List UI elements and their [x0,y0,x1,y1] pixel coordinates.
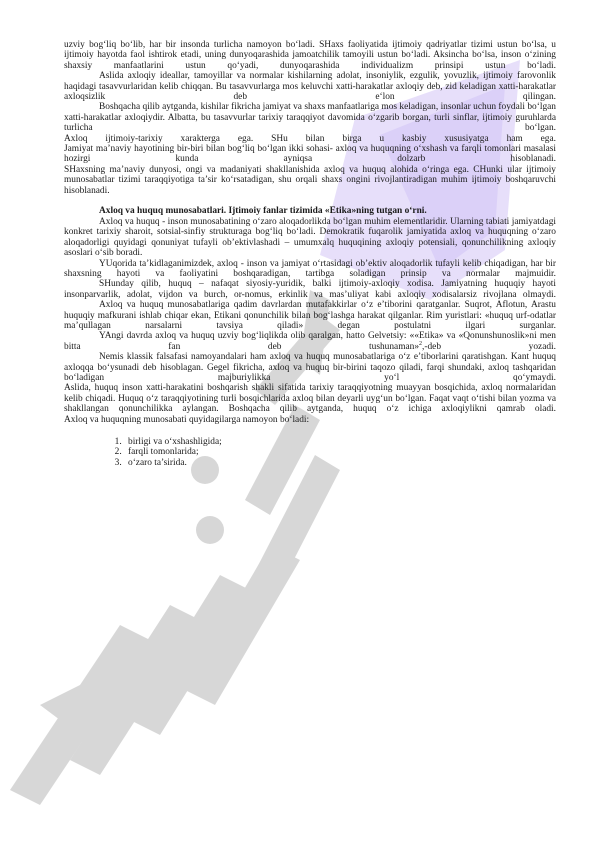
paragraph: Jamiyat ma’naviy hayotining bir-biri bil… [64,144,556,165]
numbered-list: birligi va o‘xshashligida;farqli tomonla… [64,437,556,468]
paragraph: Nemis klassik falsafasi namoyandalari ha… [64,352,556,383]
paragraph: Axloq va huquq munosabatlariga qadim dav… [64,300,556,331]
section-heading: Axloq va huquq munosabatlari. Ijtimoiy f… [64,206,556,216]
list-item: o‘zaro ta’sirida. [124,458,556,468]
paragraph: YUqorida ta’kidlaganimizdek, axloq - ins… [64,259,556,280]
paragraph: uzviy bog‘liq bo‘lib, har bir insonda tu… [64,40,556,71]
paragraph: Axloq va huquq - inson munosabatining o‘… [64,217,556,259]
paragraph: Boshqacha qilib aytganda, kishilar fikri… [64,102,556,133]
paragraph: Axloq ijtimoiy-tarixiy xarakterga ega. S… [64,134,556,144]
paragraph: SHaxsning ma’naviy dunyosi, ongi va mada… [64,165,556,196]
paragraph: Axloq va huquqning munosabati quyidagila… [64,415,556,425]
paragraph: YAngi davrda axloq va huquq uzviy bog‘li… [64,331,556,352]
intro-section: uzviy bog‘liq bo‘lib, har bir insonda tu… [64,40,556,196]
main-section: Axloq va huquq - inson munosabatining o‘… [64,217,556,425]
document-page: uzviy bog‘liq bo‘lib, har bir insonda tu… [0,0,596,842]
list-item: farqli tomonlarida; [124,447,556,457]
list-item: birligi va o‘xshashligida; [124,437,556,447]
paragraph: Aslida axloqiy ideallar, tamoyillar va n… [64,71,556,102]
paragraph: Aslida, huquq inson xatti-harakatini bos… [64,383,556,414]
paragraph: SHunday qilib, huquq – nafaqat siyosiy-y… [64,279,556,300]
document-body: uzviy bog‘liq bo‘lib, har bir insonda tu… [64,40,556,468]
